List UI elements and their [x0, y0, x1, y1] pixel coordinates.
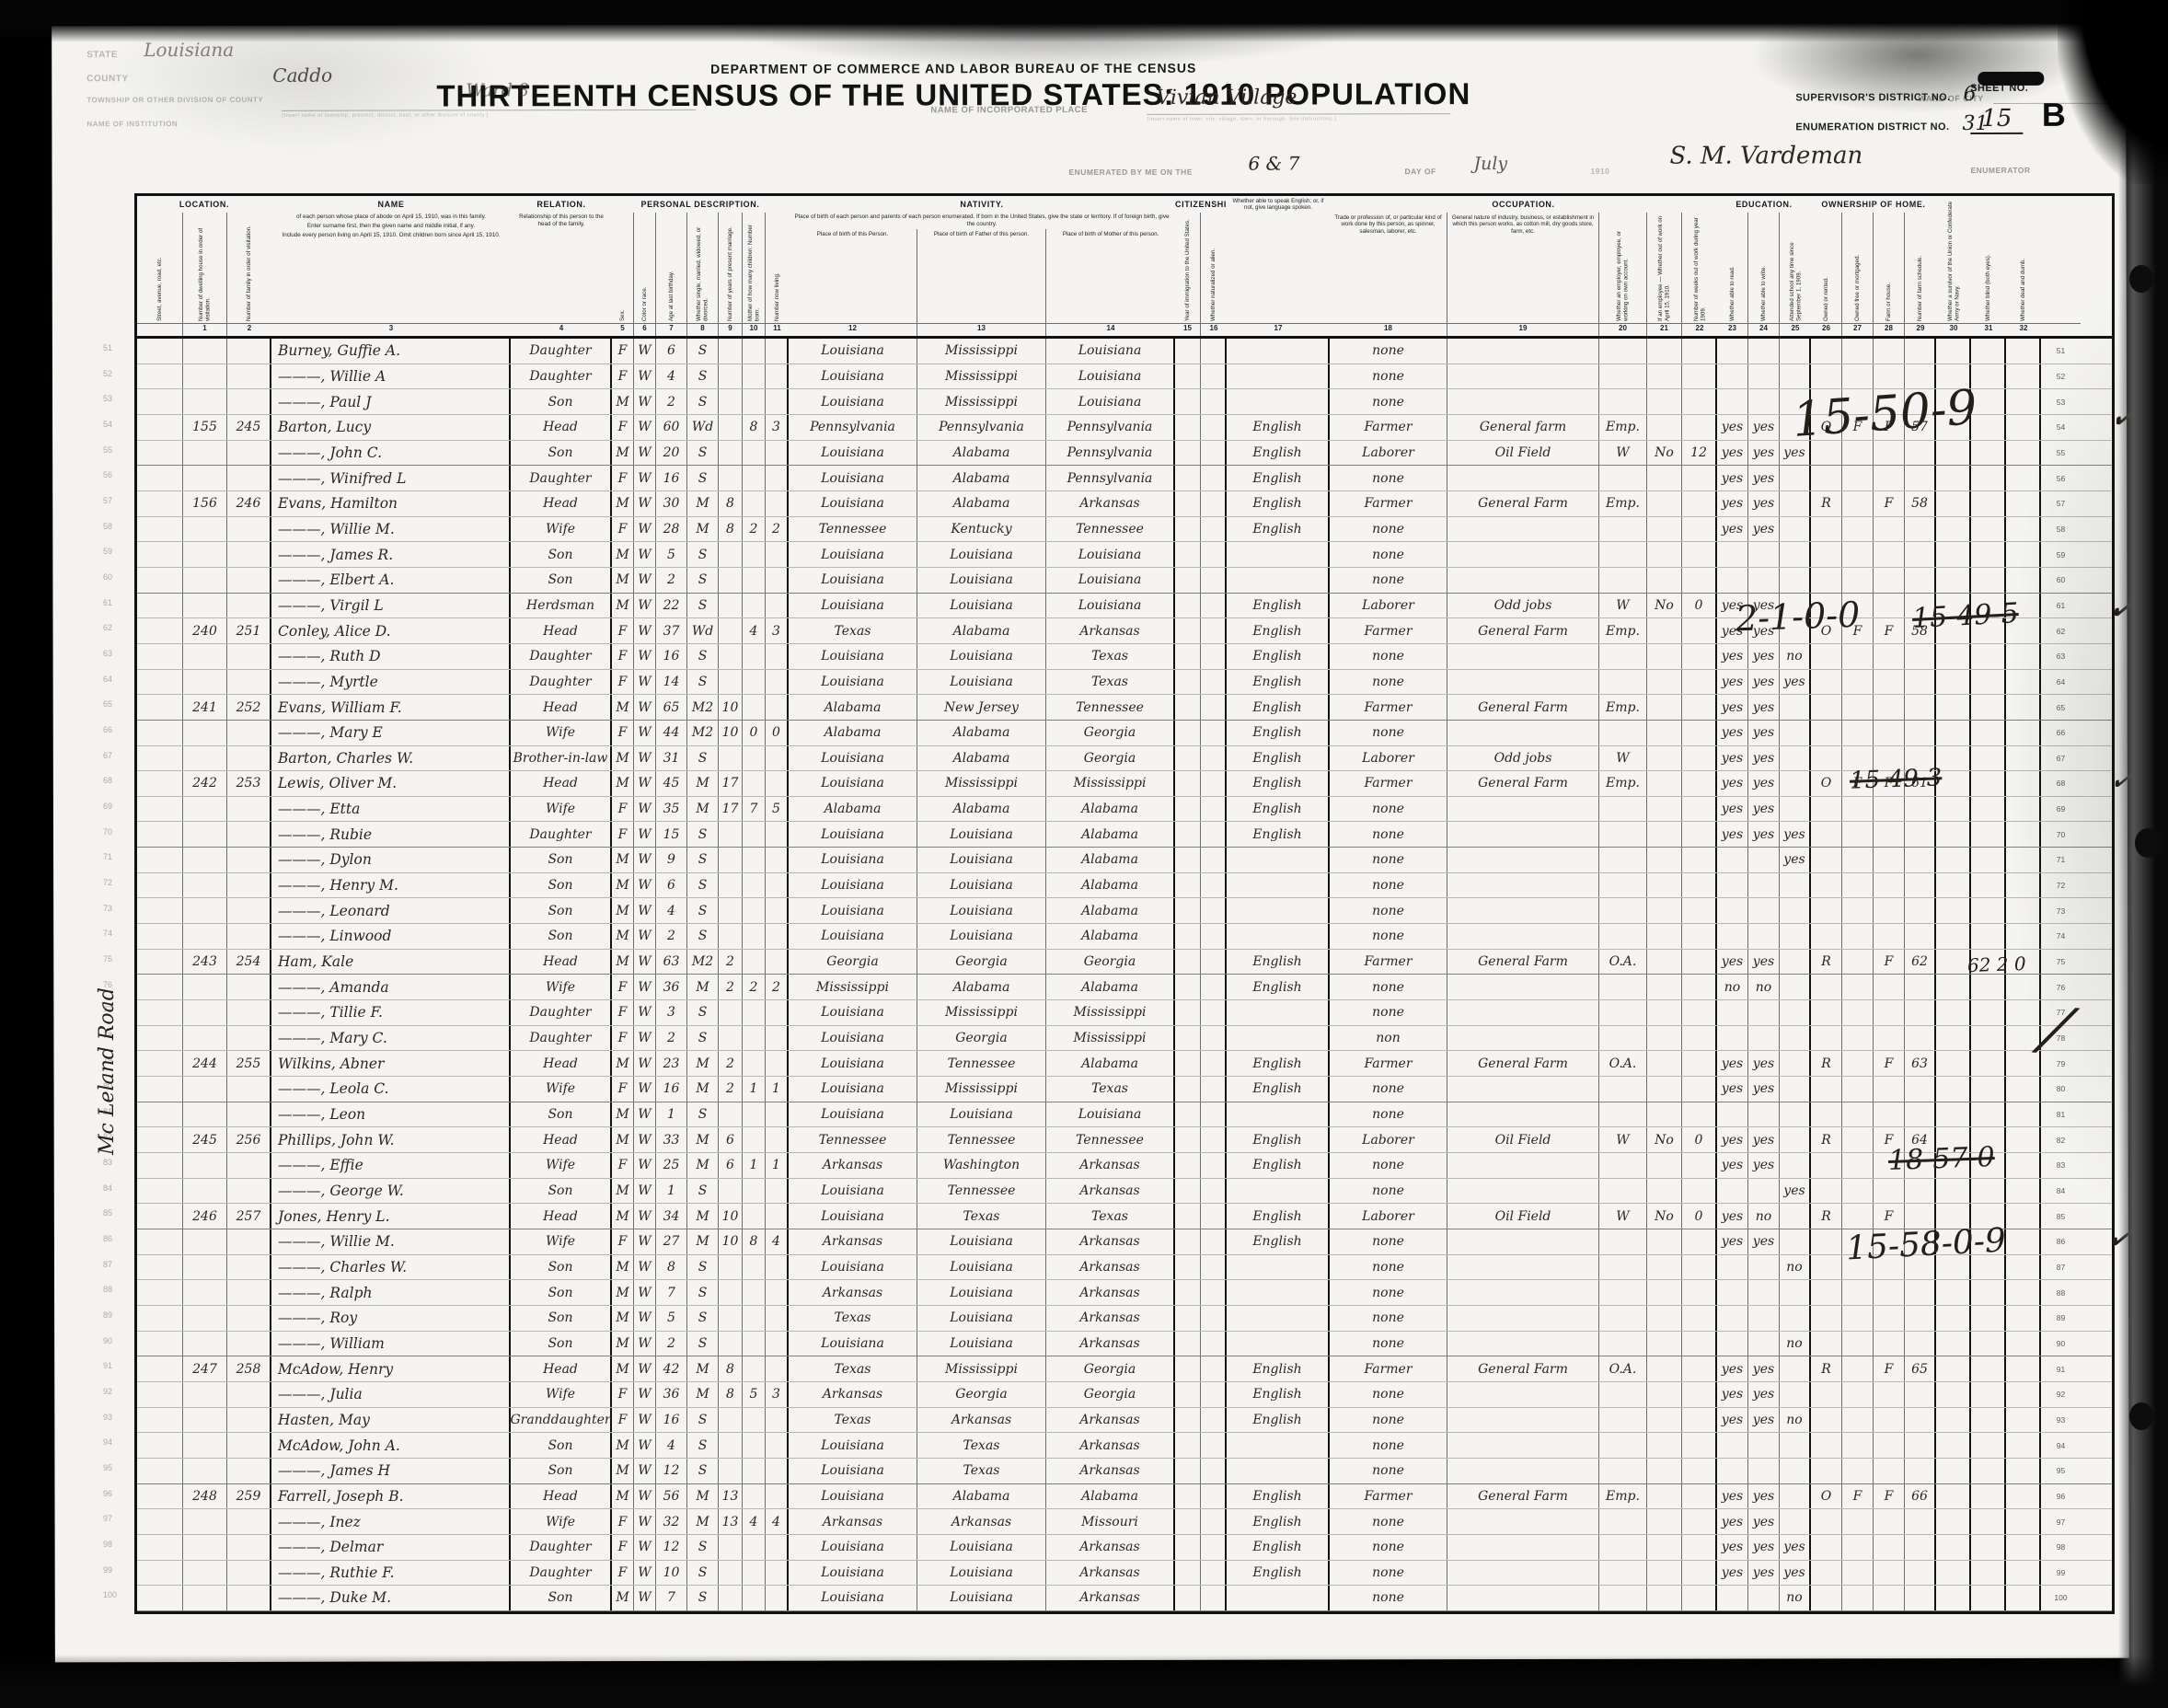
- cell-line-number: 99: [2041, 1561, 2081, 1586]
- scan-corner-blob: [2058, 0, 2168, 184]
- cell-reads: [1717, 1586, 1748, 1610]
- cell-relation: Son: [511, 542, 612, 567]
- cell-civil-war-survivor: [1936, 848, 1971, 872]
- cell-line-number: 53: [2041, 389, 2081, 414]
- cell-blind: [1971, 1000, 2006, 1025]
- cell-years-married: [719, 1332, 743, 1356]
- cell-employer-class: W: [1599, 1204, 1647, 1229]
- handwritten-value: ———, Ralph: [278, 1285, 372, 1301]
- cell-mother-birthplace: Georgia: [1046, 746, 1175, 771]
- handwritten-value: ———, Winifred L: [278, 470, 406, 487]
- cell-children-living: 5: [766, 797, 789, 822]
- handwritten-value: W: [638, 343, 651, 358]
- cell-occupation: none: [1330, 644, 1447, 669]
- cell-family-number: [227, 441, 271, 466]
- cell-weeks-out-of-work: 0: [1682, 1127, 1717, 1152]
- cell-immigration-year: [1175, 822, 1201, 847]
- handwritten-value: yes: [1783, 852, 1805, 867]
- cell-marital-status: S: [687, 924, 719, 949]
- handwritten-value: F: [618, 420, 628, 434]
- handwritten-value: yes: [1753, 1133, 1774, 1148]
- cell-immigration-year: [1175, 1051, 1201, 1076]
- cell-family-number: [227, 1026, 271, 1051]
- handwritten-value: General Farm: [1478, 776, 1568, 791]
- cell-marital-status: S: [687, 1459, 719, 1483]
- cell-deaf-dumb: [2006, 644, 2041, 669]
- cell-deaf-dumb: [2006, 1026, 2041, 1051]
- handwritten-value: ———, Etta: [278, 801, 360, 817]
- cell-dwelling-number: [183, 568, 227, 593]
- cell-home-owned-rented: [1811, 695, 1842, 720]
- cell-home-free-mortgaged: [1842, 670, 1874, 695]
- cell-age: 2: [656, 924, 687, 949]
- handwritten-value: none: [1372, 1438, 1404, 1453]
- cell-civil-war-survivor: [1936, 1408, 1971, 1433]
- cell-sex: M: [612, 1306, 634, 1331]
- cell-street: [137, 1127, 183, 1152]
- cell-employer-class: [1599, 721, 1647, 745]
- cell-birthplace: Louisiana: [789, 1051, 917, 1076]
- cell-father-birthplace: Alabama: [917, 618, 1046, 643]
- cell-home-free-mortgaged: [1842, 695, 1874, 720]
- cell-writes: [1748, 1280, 1780, 1305]
- handwritten-value: yes: [1722, 827, 1743, 842]
- cell-sex: F: [612, 1077, 634, 1102]
- handwritten-value: W: [638, 878, 651, 893]
- margin-line-number: 89: [103, 1310, 112, 1320]
- handwritten-value: M2: [692, 725, 713, 740]
- cell-mother-birthplace: Alabama: [1046, 1484, 1175, 1509]
- cell-employer-class: [1599, 517, 1647, 542]
- cell-children-born: 4: [743, 1509, 766, 1534]
- cell-color-race: W: [634, 746, 656, 771]
- handwritten-value: Oil Field: [1495, 1209, 1551, 1224]
- table-body: Burney, Guffie A.DaughterFW6SLouisianaMi…: [137, 339, 2112, 1611]
- cell-reads: yes: [1717, 695, 1748, 720]
- handwritten-value: F: [618, 522, 628, 537]
- handwritten-value: W: [638, 624, 651, 639]
- cell-sex: F: [612, 364, 634, 389]
- cell-employer-class: [1599, 389, 1647, 414]
- cell-farm-schedule-number: [1905, 873, 1936, 898]
- cell-line-number: 66: [2041, 721, 2081, 745]
- handwritten-value: Odd jobs: [1494, 751, 1552, 766]
- cell-blind: [1971, 822, 2006, 847]
- handwritten-value: F: [1885, 496, 1894, 511]
- cell-blind: [1971, 1484, 2006, 1509]
- handwritten-value: Alabama: [825, 725, 882, 740]
- handwritten-value: Daughter: [529, 343, 591, 358]
- cell-children-living: [766, 822, 789, 847]
- cell-relation: Daughter: [511, 364, 612, 389]
- handwritten-value: W: [638, 1336, 651, 1351]
- cell-home-owned-rented: [1811, 1102, 1842, 1127]
- cell-reads: yes: [1717, 950, 1748, 975]
- cell-home-free-mortgaged: [1842, 1179, 1874, 1204]
- handwritten-value: English: [1252, 1056, 1301, 1071]
- ward-of-city-label: WARD OF CITY: [1918, 94, 1984, 103]
- handwritten-value: 4: [750, 1515, 758, 1529]
- cell-occupation: none: [1330, 1229, 1447, 1254]
- cell-birthplace: Pennsylvania: [789, 415, 917, 440]
- cell-writes: [1748, 1586, 1780, 1610]
- handwritten-value: W: [638, 395, 651, 410]
- cell-farm-or-house: [1874, 339, 1905, 364]
- cell-employer-class: O.A.: [1599, 1051, 1647, 1076]
- cell-reads: no: [1717, 975, 1748, 999]
- cell-employer-class: [1599, 822, 1647, 847]
- cell-farm-schedule-number: 62: [1905, 950, 1936, 975]
- cell-color-race: W: [634, 1153, 656, 1178]
- cell-dwelling-number: [183, 364, 227, 389]
- cell-birthplace: Louisiana: [789, 1433, 917, 1458]
- handwritten-value: 2: [667, 1336, 675, 1351]
- cell-father-birthplace: Mississippi: [917, 364, 1046, 389]
- handwritten-value: W: [638, 700, 651, 715]
- cell-blind: [1971, 1408, 2006, 1433]
- cell-marital-status: S: [687, 1179, 719, 1204]
- cell-naturalized: [1201, 364, 1227, 389]
- cell-blind: [1971, 1586, 2006, 1610]
- handwritten-value: ———, James H: [278, 1462, 390, 1479]
- cell-street: [137, 618, 183, 643]
- cell-line-number: 86: [2041, 1229, 2081, 1254]
- cell-line-number: 85: [2041, 1204, 2081, 1229]
- margin-line-number: 83: [103, 1158, 112, 1167]
- cell-attended-school: yes: [1780, 1561, 1811, 1586]
- handwritten-value: Louisiana: [821, 675, 884, 689]
- cell-industry: [1447, 1077, 1599, 1102]
- state-label: STATE: [86, 50, 118, 60]
- cell-age: 30: [656, 491, 687, 516]
- cell-color-race: W: [634, 670, 656, 695]
- incorporated-place-label: NAME OF INCORPORATED PLACE: [930, 105, 1088, 115]
- cell-deaf-dumb: [2006, 364, 2041, 389]
- cell-father-birthplace: New Jersey: [917, 695, 1046, 720]
- cell-civil-war-survivor: [1936, 1382, 1971, 1407]
- cell-reads: [1717, 1179, 1748, 1204]
- cell-sex: M: [612, 1102, 634, 1127]
- cell-marital-status: M: [687, 1484, 719, 1509]
- handwritten-value: Louisiana: [821, 776, 884, 791]
- cell-mother-birthplace: Alabama: [1046, 975, 1175, 999]
- cell-deaf-dumb: [2006, 1102, 2041, 1127]
- cell-dwelling-number: [183, 1179, 227, 1204]
- cell-out-of-work: [1647, 797, 1682, 822]
- table-row: Hasten, MayGranddaughterFW16STexasArkans…: [137, 1408, 2112, 1434]
- cell-civil-war-survivor: [1936, 1306, 1971, 1331]
- cell-employer-class: [1599, 1153, 1647, 1178]
- cell-mother-birthplace: Texas: [1046, 670, 1175, 695]
- cell-mother-birthplace: Texas: [1046, 1204, 1175, 1229]
- cell-marital-status: M2: [687, 695, 719, 720]
- cell-relation: Son: [511, 924, 612, 949]
- cell-industry: General Farm: [1447, 1484, 1599, 1509]
- cell-name: ———, Roy: [271, 1306, 511, 1331]
- handwritten-value: S: [698, 445, 708, 460]
- cell-attended-school: [1780, 1484, 1811, 1509]
- cell-children-living: [766, 771, 789, 796]
- cell-farm-schedule-number: [1905, 1561, 1936, 1586]
- cell-farm-schedule-number: [1905, 670, 1936, 695]
- cell-color-race: W: [634, 594, 656, 618]
- cell-color-race: W: [634, 1255, 656, 1280]
- cell-writes: yes: [1748, 1484, 1780, 1509]
- cell-years-married: 6: [719, 1127, 743, 1152]
- cell-color-race: W: [634, 1179, 656, 1204]
- cell-father-birthplace: Alabama: [917, 721, 1046, 745]
- cell-children-living: [766, 950, 789, 975]
- cell-marital-status: M2: [687, 950, 719, 975]
- cell-speaks-english: [1227, 1179, 1330, 1204]
- cell-age: 60: [656, 415, 687, 440]
- cell-color-race: W: [634, 1356, 656, 1381]
- cell-relation: Head: [511, 1127, 612, 1152]
- cell-years-married: [719, 1408, 743, 1433]
- cell-children-born: [743, 1127, 766, 1152]
- cell-immigration-year: [1175, 339, 1201, 364]
- cell-home-free-mortgaged: [1842, 924, 1874, 949]
- cell-children-living: [766, 670, 789, 695]
- cell-occupation: Laborer: [1330, 746, 1447, 771]
- enumerated-label: ENUMERATED BY ME ON THE: [1068, 167, 1192, 177]
- handwritten-value: W: [638, 1515, 651, 1529]
- cell-speaks-english: English: [1227, 1153, 1330, 1178]
- handwritten-value: 33: [663, 1133, 680, 1148]
- cell-years-married: [719, 1026, 743, 1051]
- cell-home-owned-rented: O: [1811, 771, 1842, 796]
- margin-line-number: 92: [103, 1387, 112, 1396]
- cell-color-race: W: [634, 1408, 656, 1433]
- table-row: 247258McAdow, HenryHeadMW42M8TexasMissis…: [137, 1356, 2112, 1382]
- cell-farm-schedule-number: [1905, 898, 1936, 923]
- cell-father-birthplace: Alabama: [917, 1484, 1046, 1509]
- margin-line-number: 70: [103, 827, 112, 837]
- handwritten-value: F: [1885, 624, 1894, 639]
- handwritten-value: Louisiana: [821, 904, 884, 918]
- cell-children-living: 4: [766, 1229, 789, 1254]
- handwritten-value: none: [1372, 980, 1404, 995]
- cell-children-living: [766, 695, 789, 720]
- handwritten-value: M: [616, 548, 628, 562]
- cell-blind: [1971, 339, 2006, 364]
- cell-home-free-mortgaged: [1842, 339, 1874, 364]
- column-label: Mother of how many children: Number born…: [746, 213, 762, 323]
- cell-years-married: 17: [719, 771, 743, 796]
- handwritten-value: Tennessee: [1076, 700, 1144, 715]
- margin-line-number: 75: [103, 954, 112, 964]
- handwritten-value: yes: [1753, 1413, 1774, 1427]
- handwritten-value: 245: [192, 1133, 217, 1148]
- column-label: Place of birth of Father of this person.: [917, 229, 1045, 323]
- cell-occupation: none: [1330, 364, 1447, 389]
- cell-weeks-out-of-work: [1682, 746, 1717, 771]
- handwritten-value: none: [1372, 1310, 1404, 1325]
- handwritten-value: yes: [1753, 1540, 1774, 1554]
- cell-children-born: [743, 1586, 766, 1610]
- cell-immigration-year: [1175, 771, 1201, 796]
- cell-immigration-year: [1175, 1077, 1201, 1102]
- handwritten-value: 32: [663, 1515, 680, 1529]
- table-row: 156246Evans, HamiltonHeadMW30M8Louisiana…: [137, 491, 2112, 517]
- cell-home-free-mortgaged: [1842, 491, 1874, 516]
- cell-home-owned-rented: R: [1811, 950, 1842, 975]
- cell-name: Ham, Kale: [271, 950, 511, 975]
- cell-father-birthplace: Alabama: [917, 491, 1046, 516]
- cell-father-birthplace: Alabama: [917, 797, 1046, 822]
- cell-mother-birthplace: Arkansas: [1046, 1535, 1175, 1560]
- cell-dwelling-number: [183, 1255, 227, 1280]
- handwritten-value: Georgia: [955, 954, 1007, 969]
- cell-sex: M: [612, 848, 634, 872]
- cell-age: 33: [656, 1127, 687, 1152]
- cell-farm-schedule-number: [1905, 1332, 1936, 1356]
- cell-sex: M: [612, 1332, 634, 1356]
- handwritten-value: Daughter: [529, 471, 591, 486]
- cell-industry: [1447, 1561, 1599, 1586]
- handwritten-value: Texas: [835, 1362, 871, 1377]
- cell-deaf-dumb: [2006, 1484, 2041, 1509]
- handwritten-value: O.A.: [1609, 954, 1637, 969]
- cell-writes: yes: [1748, 822, 1780, 847]
- cell-out-of-work: No: [1647, 594, 1682, 618]
- handwritten-value: no: [1786, 1336, 1802, 1351]
- cell-family-number: 251: [227, 618, 271, 643]
- handwritten-value: Mississippi: [945, 1362, 1018, 1377]
- handwritten-value: Wife: [546, 802, 575, 816]
- handwritten-value: W: [638, 904, 651, 918]
- cell-father-birthplace: Louisiana: [917, 1255, 1046, 1280]
- cell-children-born: [743, 1535, 766, 1560]
- cell-blind: [1971, 568, 2006, 593]
- cell-deaf-dumb: [2006, 1204, 2041, 1229]
- cell-civil-war-survivor: [1936, 1102, 1971, 1127]
- cell-line-number: 62: [2041, 618, 2081, 643]
- handwritten-value: O: [1821, 1489, 1831, 1504]
- cell-writes: yes: [1748, 771, 1780, 796]
- cell-years-married: 8: [719, 491, 743, 516]
- handwritten-value: M: [616, 1463, 628, 1478]
- cell-children-born: [743, 1204, 766, 1229]
- cell-relation: Wife: [511, 517, 612, 542]
- cell-industry: [1447, 1586, 1599, 1610]
- cell-occupation: none: [1330, 1433, 1447, 1458]
- header-group: NAMEof each person whose place of abode …: [271, 196, 511, 336]
- cell-industry: [1447, 873, 1599, 898]
- handwritten-value: R: [1821, 954, 1831, 969]
- cell-weeks-out-of-work: [1682, 924, 1717, 949]
- cell-writes: no: [1748, 975, 1780, 999]
- cell-immigration-year: [1175, 1509, 1201, 1534]
- cell-farm-or-house: [1874, 1000, 1905, 1025]
- cell-home-owned-rented: R: [1811, 491, 1842, 516]
- handwritten-value: Mississippi: [1074, 776, 1147, 791]
- margin-line-number: 74: [103, 929, 112, 938]
- cell-naturalized: [1201, 1408, 1227, 1433]
- table-row: ———, RalphSonMW7SArkansasLouisianaArkans…: [137, 1280, 2112, 1306]
- header-column: Number of farm schedule.29: [1905, 213, 1936, 336]
- handwritten-value: General Farm: [1478, 624, 1568, 639]
- county-value: Caddo: [272, 64, 332, 87]
- cell-reads: yes: [1717, 1051, 1748, 1076]
- cell-weeks-out-of-work: 0: [1682, 1204, 1717, 1229]
- table-row: ———, James R.SonMW5SLouisianaLouisianaLo…: [137, 542, 2112, 568]
- cell-writes: [1748, 1000, 1780, 1025]
- cell-home-owned-rented: [1811, 1586, 1842, 1610]
- cell-employer-class: [1599, 924, 1647, 949]
- margin-line-number: 66: [103, 725, 112, 734]
- cell-dwelling-number: [183, 721, 227, 745]
- cell-weeks-out-of-work: [1682, 1051, 1717, 1076]
- cell-out-of-work: [1647, 1535, 1682, 1560]
- cell-farm-schedule-number: [1905, 542, 1936, 567]
- cell-street: [137, 1000, 183, 1025]
- handwritten-value: Wife: [546, 1234, 575, 1249]
- cell-speaks-english: [1227, 898, 1330, 923]
- handwritten-value: W: [638, 1590, 651, 1605]
- cell-age: 65: [656, 695, 687, 720]
- table-row: ———, Duke M.SonMW7SLouisianaLouisianaArk…: [137, 1586, 2112, 1611]
- cell-farm-schedule-number: 65: [1905, 1356, 1936, 1381]
- cell-weeks-out-of-work: [1682, 1255, 1717, 1280]
- cell-sex: F: [612, 1229, 634, 1254]
- handwritten-value: Alabama: [953, 802, 1010, 816]
- cell-occupation: Laborer: [1330, 441, 1447, 466]
- cell-street: [137, 466, 183, 490]
- cell-reads: [1717, 568, 1748, 593]
- cell-children-born: [743, 771, 766, 796]
- cell-marital-status: M: [687, 491, 719, 516]
- handwritten-value: Louisiana: [821, 343, 884, 358]
- cell-children-living: 2: [766, 975, 789, 999]
- cell-street: [137, 389, 183, 414]
- cell-sex: F: [612, 1000, 634, 1025]
- cell-dwelling-number: [183, 822, 227, 847]
- handwritten-value: M: [616, 904, 628, 918]
- cell-employer-class: [1599, 542, 1647, 567]
- cell-deaf-dumb: [2006, 441, 2041, 466]
- handwritten-value: O.A.: [1609, 1056, 1637, 1071]
- cell-writes: [1748, 568, 1780, 593]
- cell-deaf-dumb: [2006, 1153, 2041, 1178]
- margin-line-number: 100: [103, 1590, 117, 1599]
- cell-attended-school: [1780, 1153, 1811, 1178]
- cell-attended-school: [1780, 924, 1811, 949]
- cell-occupation: none: [1330, 1255, 1447, 1280]
- cell-color-race: W: [634, 389, 656, 414]
- cell-naturalized: [1201, 415, 1227, 440]
- handwritten-value: none: [1372, 725, 1404, 740]
- handwritten-value: 27: [663, 1234, 680, 1249]
- handwritten-value: W: [638, 548, 651, 562]
- handwritten-value: ———, Ruthie F.: [278, 1564, 395, 1581]
- handwritten-value: M: [616, 954, 628, 969]
- cell-immigration-year: [1175, 441, 1201, 466]
- institution-label: NAME OF INSTITUTION: [86, 120, 178, 128]
- cell-years-married: 10: [719, 1229, 743, 1254]
- cell-color-race: W: [634, 618, 656, 643]
- cell-occupation: none: [1330, 339, 1447, 364]
- handwritten-value: R: [1821, 1056, 1831, 1071]
- cell-children-living: 0: [766, 721, 789, 745]
- cell-mother-birthplace: Arkansas: [1046, 1153, 1175, 1178]
- cell-speaks-english: English: [1227, 415, 1330, 440]
- cell-relation: Daughter: [511, 822, 612, 847]
- cell-children-born: [743, 1102, 766, 1127]
- cell-out-of-work: [1647, 339, 1682, 364]
- cell-dwelling-number: [183, 924, 227, 949]
- header-column: Owned free or mortgaged.27: [1842, 213, 1874, 336]
